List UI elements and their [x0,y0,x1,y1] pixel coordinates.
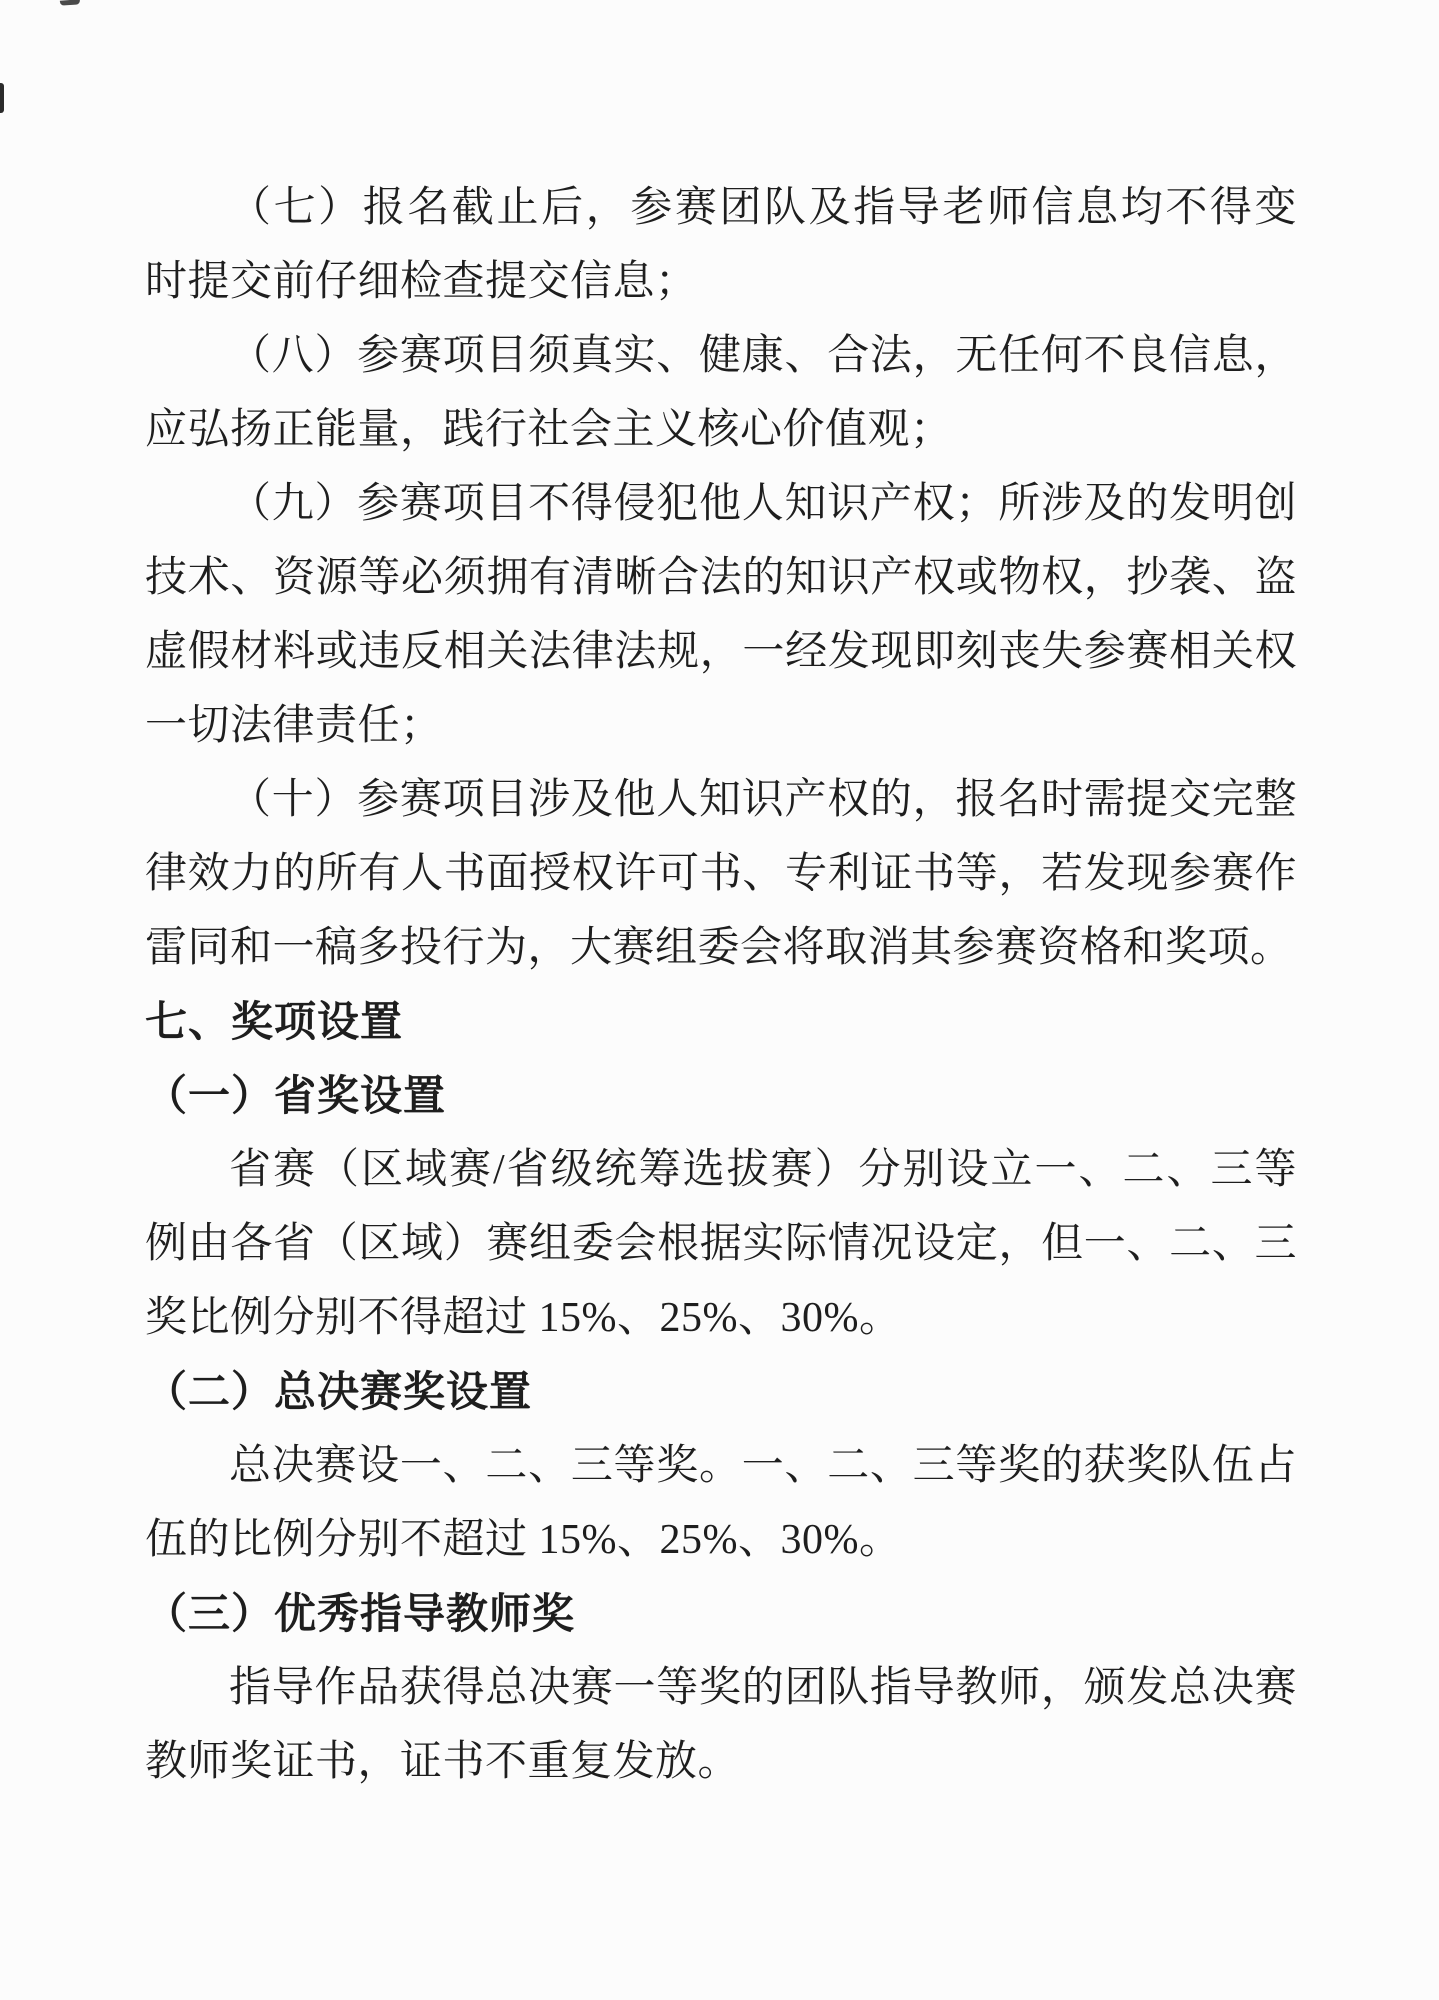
subsection-heading-province-awards: （一）省奖设置 [145,1059,1297,1133]
text-line-item10-start: （十）参赛项目涉及他人知识产权的，报名时需提交完整的具有法 [145,763,1297,837]
text-line-province-start: 省赛（区域赛/省级统筹选拔赛）分别设立一、二、三等奖。获奖比 [145,1133,1297,1207]
subsection-heading-teacher-award: （三）优秀指导教师奖 [145,1577,1297,1651]
scan-artifact-left-edge [0,83,4,113]
text-line-item7-start: （七）报名截止后，参赛团队及指导老师信息均不得变更，请报名 [145,171,1297,245]
text-line-final-start: 总决赛设一、二、三等奖。一、二、三等奖的获奖队伍占参赛总队 [145,1429,1297,1503]
section-heading-awards: 七、奖项设置 [145,985,1297,1059]
text-line-item10-end: 雷同和一稿多投行为，大赛组委会将取消其参赛资格和奖项。 [145,911,1297,985]
text-line-item8-end: 应弘扬正能量，践行社会主义核心价值观； [145,393,1297,467]
document-text-block: （七）报名截止后，参赛团队及指导老师信息均不得变更，请报名 时提交前仔细检查提交… [145,171,1297,1799]
text-line-item9-end: 一切法律责任； [145,689,1297,763]
text-line-final-end: 伍的比例分别不超过 15%、25%、30%。 [145,1503,1297,1577]
text-line-item9-start: （九）参赛项目不得侵犯他人知识产权；所涉及的发明创造、专利 [145,467,1297,541]
text-line-item9-mid2: 虚假材料或违反相关法律法规，一经发现即刻丧失参赛相关权利并自负 [145,615,1297,689]
subsection-heading-final-awards: （二）总决赛奖设置 [145,1355,1297,1429]
text-line-teacher-end: 教师奖证书，证书不重复发放。 [145,1725,1297,1799]
text-line-item10-mid: 律效力的所有人书面授权许可书、专利证书等，若发现参赛作品有抄袭、 [145,837,1297,911]
document-page: （七）报名截止后，参赛团队及指导老师信息均不得变更，请报名 时提交前仔细检查提交… [0,0,1439,2000]
text-line-item8-start: （八）参赛项目须真实、健康、合法，无任何不良信息，项目立意 [145,319,1297,393]
text-line-teacher-start: 指导作品获得总决赛一等奖的团队指导教师，颁发总决赛优秀指导 [145,1651,1297,1725]
text-line-item9-mid1: 技术、资源等必须拥有清晰合法的知识产权或物权，抄袭、盗用、提供 [145,541,1297,615]
text-line-province-mid: 例由各省（区域）赛组委会根据实际情况设定，但一、二、三等奖的获 [145,1207,1297,1281]
scan-artifact-top-edge [60,0,80,6]
text-line-item7-end: 时提交前仔细检查提交信息； [145,245,1297,319]
text-line-province-end: 奖比例分别不得超过 15%、25%、30%。 [145,1281,1297,1355]
